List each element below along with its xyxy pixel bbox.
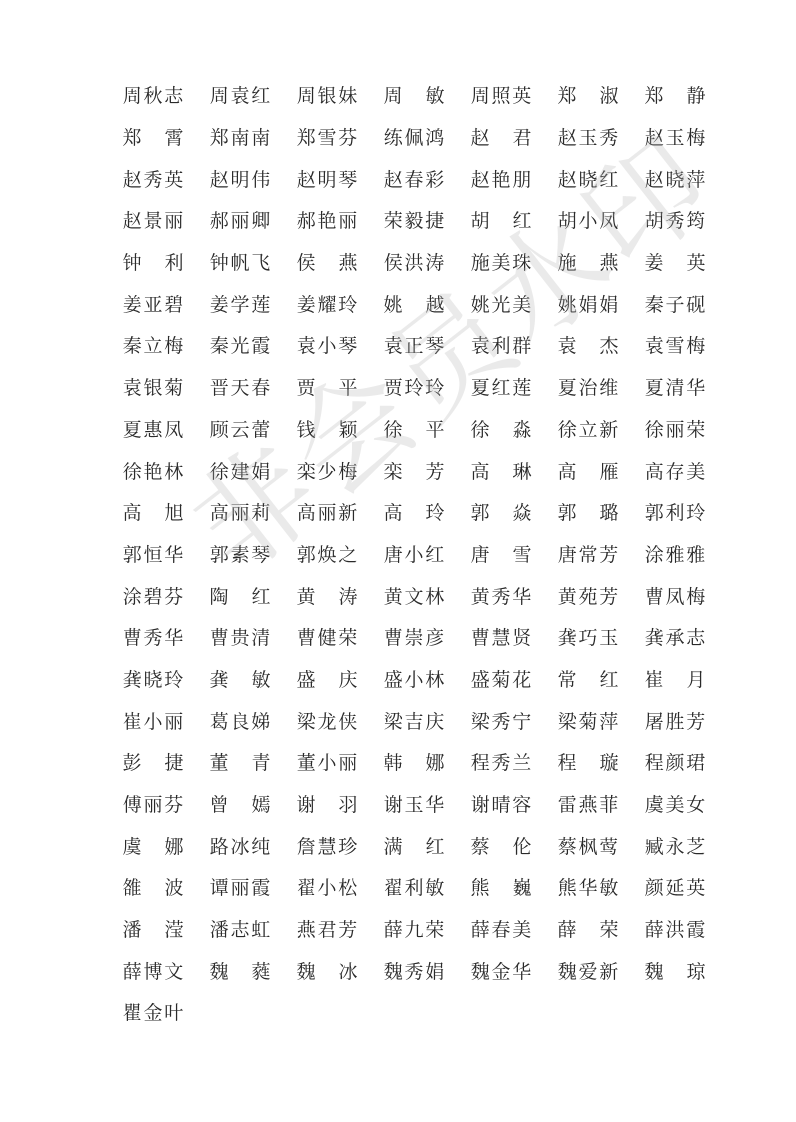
name-entry: 傅丽芬 [122, 785, 184, 827]
name-entry: 虞娜 [122, 826, 184, 868]
name-entry: 薛九荣 [383, 910, 445, 952]
name-entry: 周照英 [470, 76, 532, 118]
name-entry: 程颜珺 [644, 743, 706, 785]
name-entry: 涂雅雅 [644, 535, 706, 577]
name-entry: 栾少梅 [296, 451, 358, 493]
name-entry: 秦子砚 [644, 284, 706, 326]
name-entry: 侯洪涛 [383, 243, 445, 285]
name-entry: 臧永芝 [644, 826, 706, 868]
name-entry: 高丽莉 [209, 493, 271, 535]
name-entry: 唐常芳 [557, 535, 619, 577]
name-entry: 袁利群 [470, 326, 532, 368]
name-entry: 盛庆 [296, 660, 358, 702]
name-entry: 崔小丽 [122, 701, 184, 743]
name-entry: 瞿金叶 [122, 993, 184, 1035]
name-entry: 魏秀娟 [383, 951, 445, 993]
name-entry: 魏金华 [470, 951, 532, 993]
name-entry: 贾平 [296, 368, 358, 410]
name-entry: 董青 [209, 743, 271, 785]
name-entry: 顾云蕾 [209, 410, 271, 452]
name-entry: 雷燕菲 [557, 785, 619, 827]
name-entry: 詹慧珍 [296, 826, 358, 868]
name-entry: 徐平 [383, 410, 445, 452]
name-entry: 郑霄 [122, 118, 184, 160]
name-entry: 虞美女 [644, 785, 706, 827]
name-entry: 秦光霞 [209, 326, 271, 368]
name-entry: 赵艳朋 [470, 159, 532, 201]
name-entry: 曹慧贤 [470, 618, 532, 660]
name-entry: 熊巍 [470, 868, 532, 910]
name-entry: 龚敏 [209, 660, 271, 702]
name-entry: 晋天春 [209, 368, 271, 410]
name-entry: 周袁红 [209, 76, 271, 118]
name-entry: 屠胜芳 [644, 701, 706, 743]
name-entry: 葛良娣 [209, 701, 271, 743]
name-entry: 翟利敏 [383, 868, 445, 910]
name-entry: 高丽新 [296, 493, 358, 535]
name-entry: 栾芳 [383, 451, 445, 493]
name-entry: 胡小凤 [557, 201, 619, 243]
name-entry: 魏冰 [296, 951, 358, 993]
name-entry: 梁秀宁 [470, 701, 532, 743]
name-entry: 夏惠凤 [122, 410, 184, 452]
name-entry: 赵明琴 [296, 159, 358, 201]
name-entry: 雒波 [122, 868, 184, 910]
name-entry: 郝丽卿 [209, 201, 271, 243]
name-entry: 魏爱新 [557, 951, 619, 993]
name-entry: 蔡伦 [470, 826, 532, 868]
name-entry: 谢晴容 [470, 785, 532, 827]
name-entry: 赵玉秀 [557, 118, 619, 160]
name-entry: 施燕 [557, 243, 619, 285]
name-entry: 练佩鸿 [383, 118, 445, 160]
name-entry: 燕君芳 [296, 910, 358, 952]
name-entry: 曾嫣 [209, 785, 271, 827]
name-entry: 郑雪芬 [296, 118, 358, 160]
name-entry: 黄文林 [383, 576, 445, 618]
name-entry: 满红 [383, 826, 445, 868]
name-entry: 梁菊萍 [557, 701, 619, 743]
name-entry: 郭素琴 [209, 535, 271, 577]
name-entry: 郭璐 [557, 493, 619, 535]
name-entry: 姜亚碧 [122, 284, 184, 326]
name-entry: 翟小松 [296, 868, 358, 910]
name-entry: 谭丽霞 [209, 868, 271, 910]
name-entry: 姚光美 [470, 284, 532, 326]
name-entry: 徐艳林 [122, 451, 184, 493]
name-entry: 盛小林 [383, 660, 445, 702]
name-entry: 龚承志 [644, 618, 706, 660]
name-entry: 魏琼 [644, 951, 706, 993]
name-entry: 曹崇彦 [383, 618, 445, 660]
name-entry: 荣毅捷 [383, 201, 445, 243]
name-entry: 赵明伟 [209, 159, 271, 201]
name-entry: 徐建娟 [209, 451, 271, 493]
name-entry: 程秀兰 [470, 743, 532, 785]
name-entry: 周银妹 [296, 76, 358, 118]
name-entry: 韩娜 [383, 743, 445, 785]
name-entry: 高玲 [383, 493, 445, 535]
name-entry: 郭焕之 [296, 535, 358, 577]
name-entry: 赵晓红 [557, 159, 619, 201]
name-entry: 郑静 [644, 76, 706, 118]
name-entry: 周秋志 [122, 76, 184, 118]
name-entry: 薛洪霞 [644, 910, 706, 952]
name-entry: 黄秀华 [470, 576, 532, 618]
name-entry: 赵玉梅 [644, 118, 706, 160]
name-entry: 徐淼 [470, 410, 532, 452]
name-entry: 薛春美 [470, 910, 532, 952]
name-entry: 唐小红 [383, 535, 445, 577]
name-entry: 姜耀玲 [296, 284, 358, 326]
name-entry: 赵景丽 [122, 201, 184, 243]
name-entry: 曹秀华 [122, 618, 184, 660]
name-entry: 魏蕤 [209, 951, 271, 993]
name-entry: 秦立梅 [122, 326, 184, 368]
name-entry: 唐雪 [470, 535, 532, 577]
name-entry: 钟利 [122, 243, 184, 285]
name-entry: 龚晓玲 [122, 660, 184, 702]
name-entry: 姜学莲 [209, 284, 271, 326]
name-entry: 盛菊花 [470, 660, 532, 702]
name-entry: 姚越 [383, 284, 445, 326]
name-entry: 龚巧玉 [557, 618, 619, 660]
name-entry: 周敏 [383, 76, 445, 118]
name-entry: 高琳 [470, 451, 532, 493]
name-entry: 郝艳丽 [296, 201, 358, 243]
name-entry: 彭捷 [122, 743, 184, 785]
name-entry: 高存美 [644, 451, 706, 493]
name-entry: 路冰纯 [209, 826, 271, 868]
name-entry: 颜延英 [644, 868, 706, 910]
name-entry: 潘志虹 [209, 910, 271, 952]
name-entry: 熊华敏 [557, 868, 619, 910]
name-entry: 钱颖 [296, 410, 358, 452]
name-entry: 夏红莲 [470, 368, 532, 410]
name-entry: 胡秀筠 [644, 201, 706, 243]
name-entry: 高雁 [557, 451, 619, 493]
document-page: 周秋志周袁红周银妹周敏周照英郑淑郑静郑霄郑南南郑雪芬练佩鸿赵君赵玉秀赵玉梅赵秀英… [0, 0, 796, 1122]
name-entry: 袁正琴 [383, 326, 445, 368]
name-entry: 薛荣 [557, 910, 619, 952]
name-entry: 赵春彩 [383, 159, 445, 201]
name-entry: 曹健荣 [296, 618, 358, 660]
name-entry: 袁银菊 [122, 368, 184, 410]
name-entry: 郑淑 [557, 76, 619, 118]
name-entry: 袁雪梅 [644, 326, 706, 368]
name-entry: 袁小琴 [296, 326, 358, 368]
name-entry: 蔡枫莺 [557, 826, 619, 868]
name-entry: 郑南南 [209, 118, 271, 160]
name-entry: 程璇 [557, 743, 619, 785]
name-entry: 曹贵清 [209, 618, 271, 660]
name-entry: 郭恒华 [122, 535, 184, 577]
name-entry: 姜英 [644, 243, 706, 285]
name-entry: 谢羽 [296, 785, 358, 827]
name-entry: 袁杰 [557, 326, 619, 368]
name-entry: 徐丽荣 [644, 410, 706, 452]
name-entry: 潘滢 [122, 910, 184, 952]
name-entry: 钟帆飞 [209, 243, 271, 285]
name-entry: 郭焱 [470, 493, 532, 535]
name-entry: 胡红 [470, 201, 532, 243]
name-entry: 高旭 [122, 493, 184, 535]
name-entry: 涂碧芬 [122, 576, 184, 618]
name-entry: 薛博文 [122, 951, 184, 993]
name-entry: 徐立新 [557, 410, 619, 452]
name-entry: 夏清华 [644, 368, 706, 410]
name-entry: 夏治维 [557, 368, 619, 410]
name-entry: 陶红 [209, 576, 271, 618]
name-entry: 崔月 [644, 660, 706, 702]
name-entry: 黄苑芳 [557, 576, 619, 618]
name-entry: 谢玉华 [383, 785, 445, 827]
name-entry: 施美珠 [470, 243, 532, 285]
name-entry: 姚娟娟 [557, 284, 619, 326]
name-entry: 梁吉庆 [383, 701, 445, 743]
name-entry: 曹凤梅 [644, 576, 706, 618]
name-entry: 赵君 [470, 118, 532, 160]
name-entry: 赵秀英 [122, 159, 184, 201]
name-entry: 侯燕 [296, 243, 358, 285]
name-entry: 梁龙侠 [296, 701, 358, 743]
name-list-grid: 周秋志周袁红周银妹周敏周照英郑淑郑静郑霄郑南南郑雪芬练佩鸿赵君赵玉秀赵玉梅赵秀英… [122, 76, 712, 1035]
name-entry: 常红 [557, 660, 619, 702]
name-entry: 黄涛 [296, 576, 358, 618]
name-entry: 赵晓萍 [644, 159, 706, 201]
name-entry: 董小丽 [296, 743, 358, 785]
name-entry: 贾玲玲 [383, 368, 445, 410]
name-entry: 郭利玲 [644, 493, 706, 535]
